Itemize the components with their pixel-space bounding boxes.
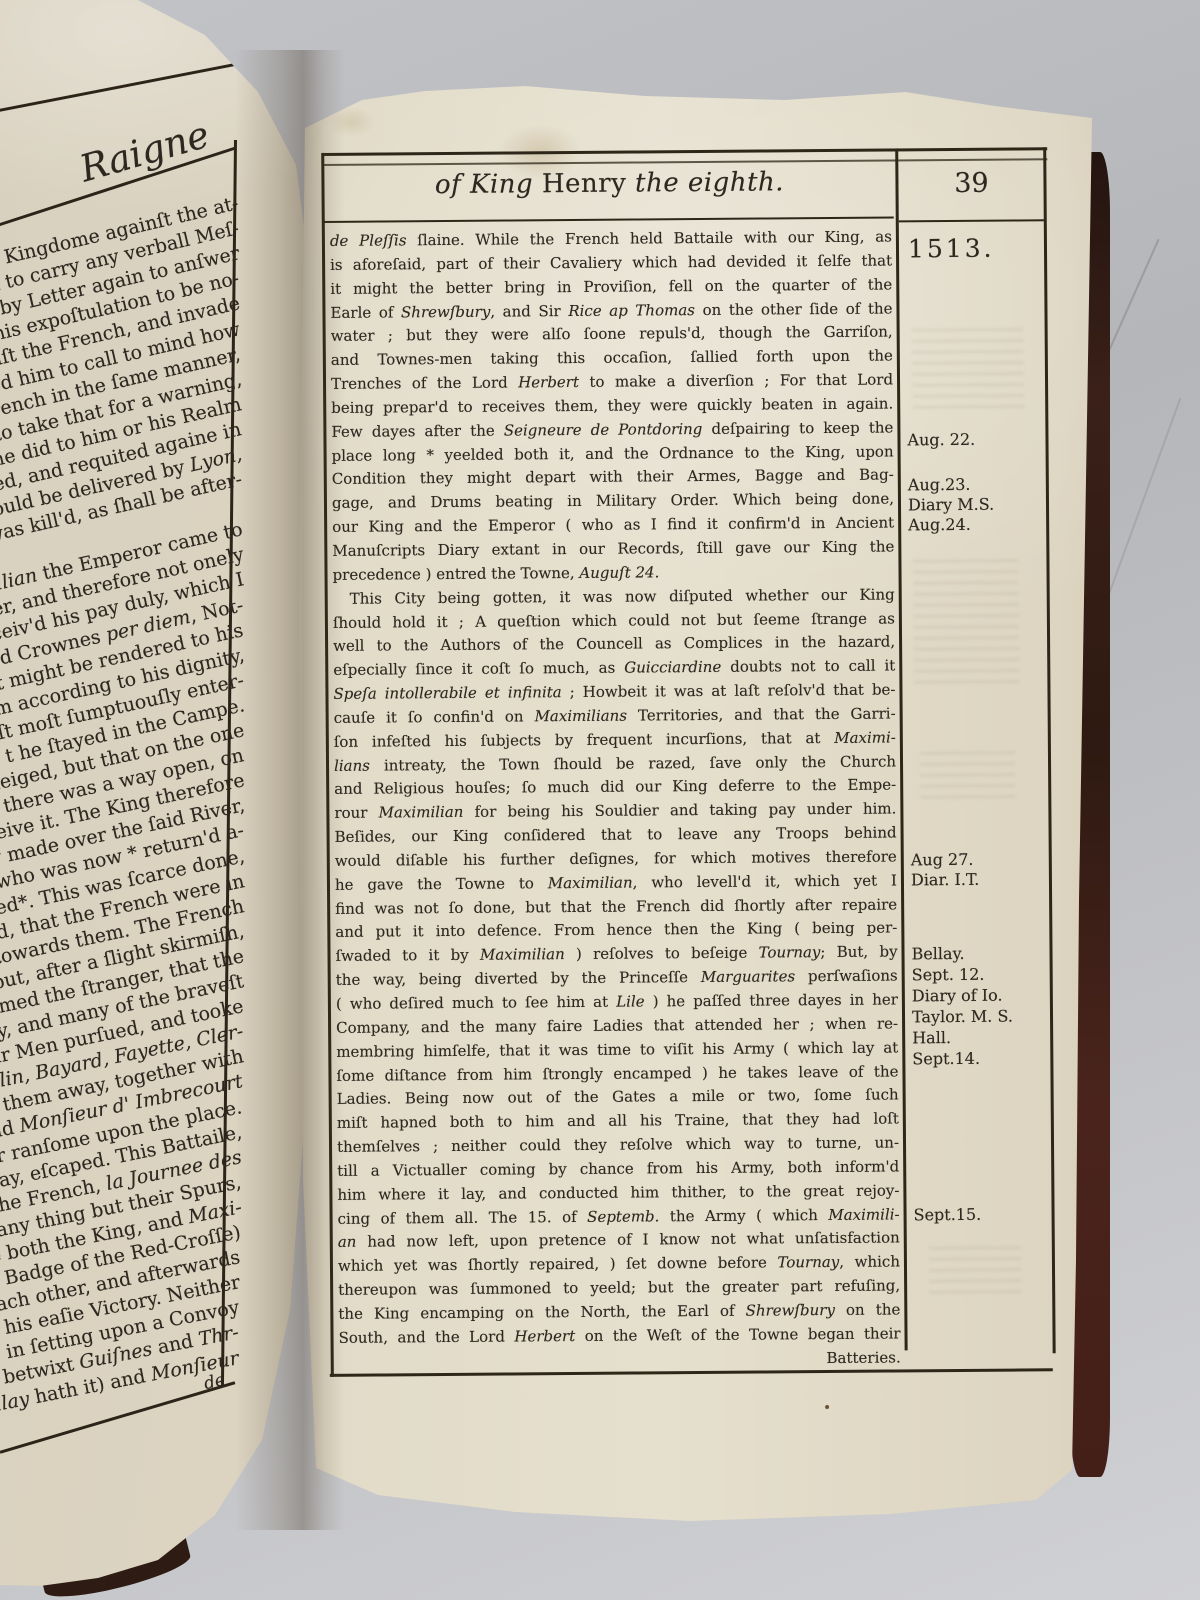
body-line: South, and the Lord Herbert on the Weſt … xyxy=(338,1322,900,1350)
margin-note: Diary of Io. xyxy=(912,986,1003,1006)
main-text-block: de Pleſſis ſlaine. While the French held… xyxy=(330,225,901,1374)
top-rule-outer xyxy=(322,147,1047,155)
top-rule-inner xyxy=(322,158,1047,165)
showthrough-smudge xyxy=(912,327,1025,408)
margin-note: Sept. 12. xyxy=(912,965,985,985)
margin-note: Aug 27. xyxy=(911,850,974,869)
margin-note: Bellay. xyxy=(911,944,964,963)
body-line: Manuſcripts Diary extant in our Records,… xyxy=(332,535,894,563)
margin-note: Diar. I.T. xyxy=(911,870,980,890)
showthrough-smudge xyxy=(913,557,1019,683)
showthrough-smudge xyxy=(920,743,1015,799)
margin-note: Aug. 22. xyxy=(907,430,975,450)
margin-note: Hall. xyxy=(912,1028,951,1047)
margin-note: Aug.24. xyxy=(908,515,971,534)
margin-year: 1513. xyxy=(908,234,995,264)
margin-notes-column: Aug. 22.Aug.23.Diary M.S.Aug.24.Aug 27.D… xyxy=(0,0,1194,6)
margin-note: Sept.14. xyxy=(912,1049,980,1069)
margin-note: Taylor. M. S. xyxy=(912,1007,1013,1027)
page-number: 39 xyxy=(898,167,1044,199)
header-rule xyxy=(323,216,894,222)
paper-speck xyxy=(825,1405,829,1409)
margin-note: Diary M.S. xyxy=(908,495,994,515)
margin-outer-rule xyxy=(1043,147,1055,1353)
pagenum-rule xyxy=(899,219,1046,222)
showthrough-smudge xyxy=(929,1237,1021,1293)
book-photograph: Raigne his Kingdome againſt the at-d to … xyxy=(0,0,1200,1600)
body-line: Batteries. xyxy=(339,1346,901,1374)
page-title: of King Henry the eighth. xyxy=(329,166,889,200)
margin-note: Aug.23. xyxy=(908,475,971,494)
margin-note: Sept.15. xyxy=(914,1205,982,1225)
left-page-top-rule xyxy=(0,61,246,112)
